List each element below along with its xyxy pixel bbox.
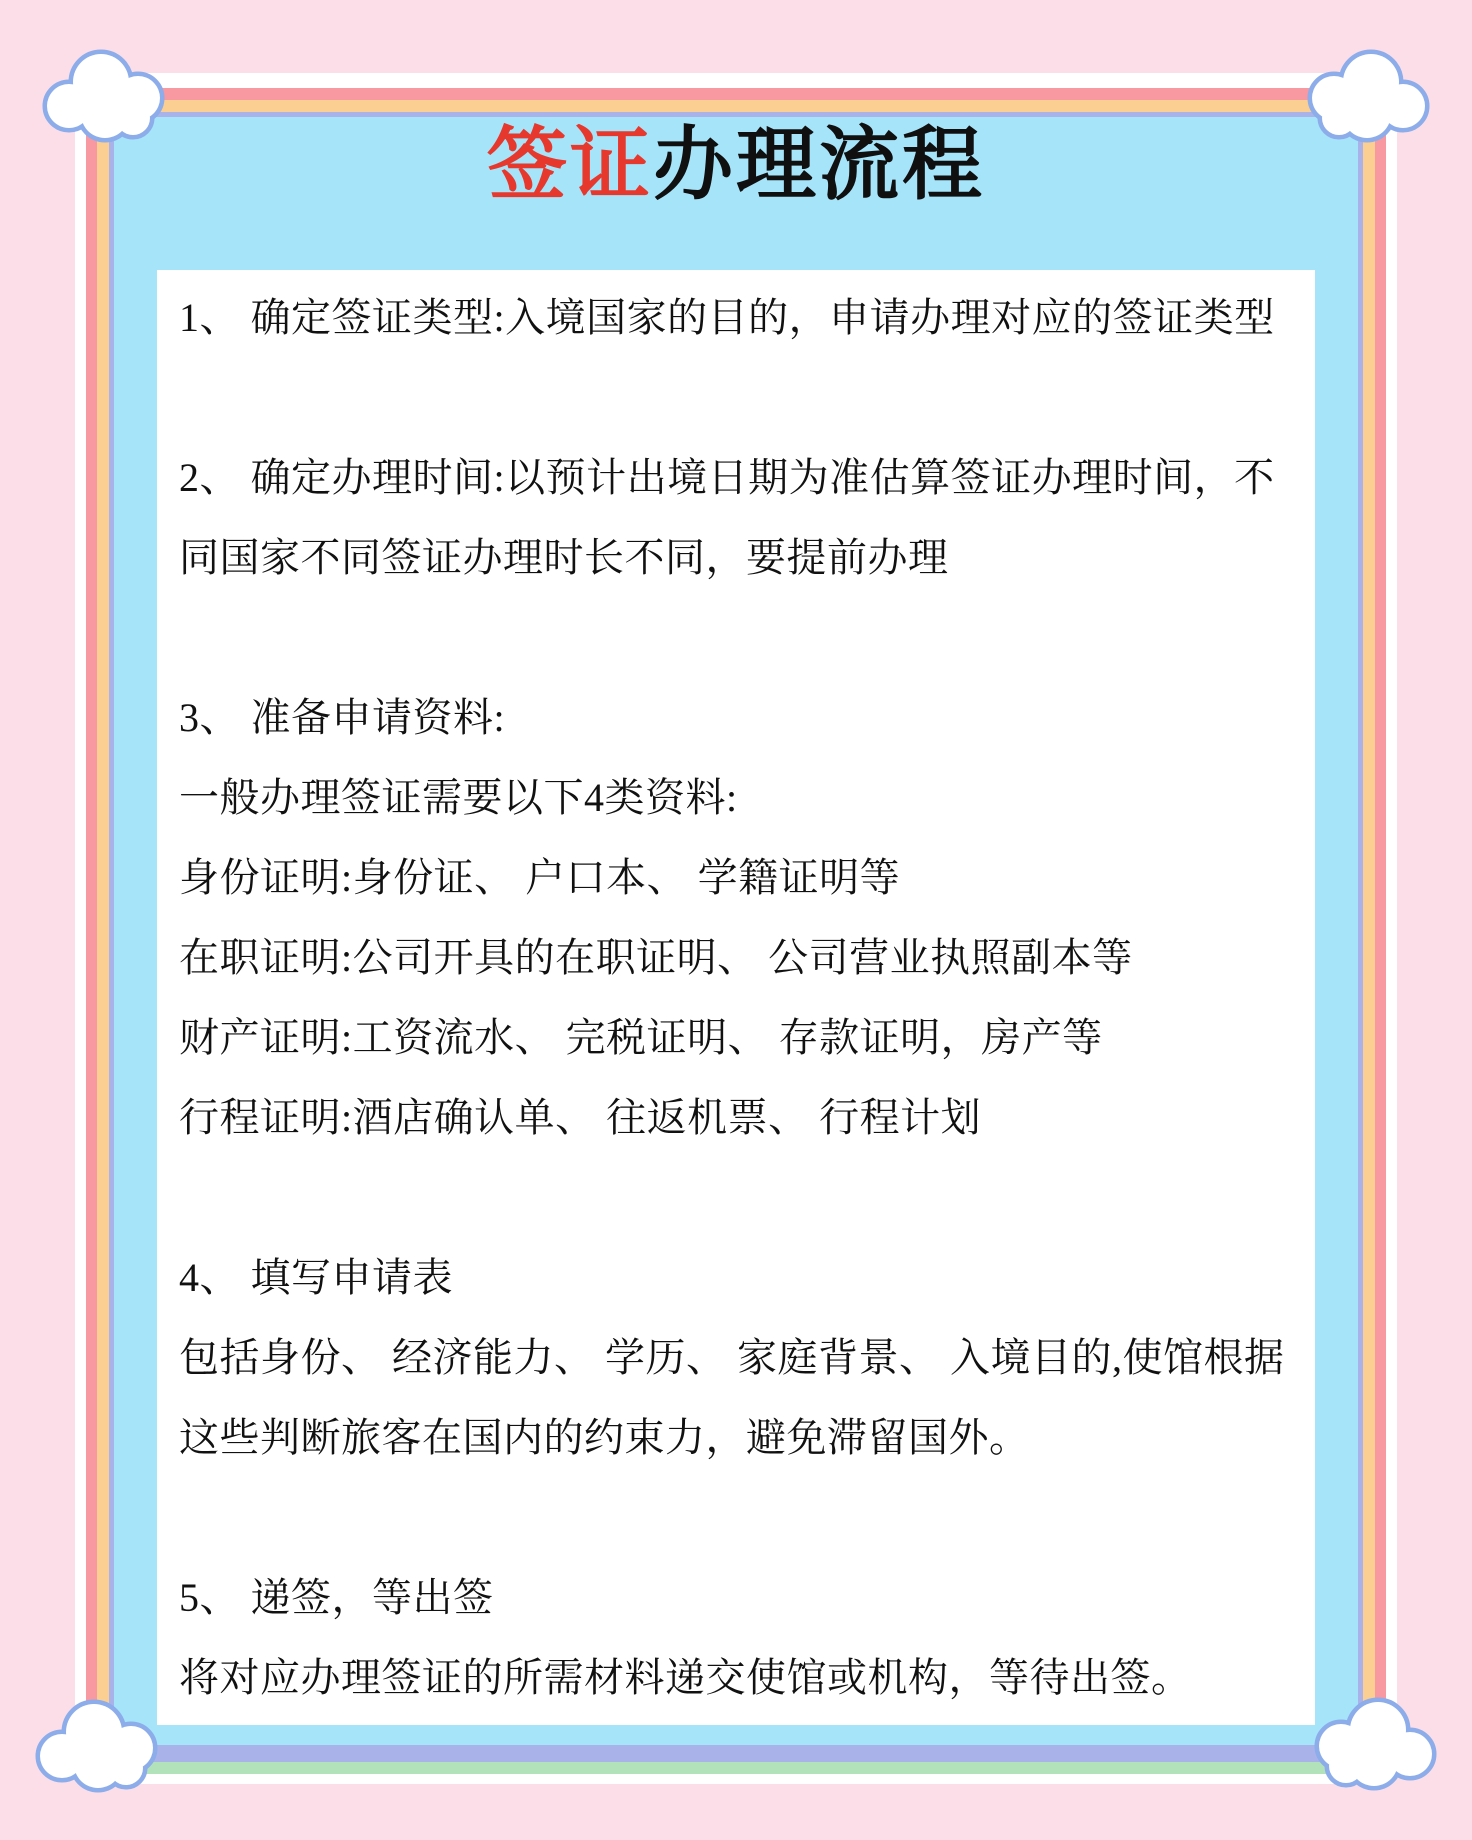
content-line: 4、 填写申请表 [179, 1238, 1293, 1318]
content-line: 5、 递签，等出签 [179, 1558, 1293, 1638]
content-line: 身份证明:身份证、 户口本、 学籍证明等 [179, 838, 1293, 918]
content-line: 财产证明:工资流水、 完税证明、 存款证明，房产等 [179, 998, 1293, 1078]
title-rest: 办理流程 [653, 118, 985, 211]
content-line: 在职证明:公司开具的在职证明、 公司营业执照副本等 [179, 918, 1293, 998]
section-materials: 3、 准备申请资料: 一般办理签证需要以下4类资料: 身份证明:身份证、 户口本… [179, 678, 1293, 1158]
page-background: 签证办理流程 1、 确定签证类型:入境国家的目的，申请办理对应的签证类型 2、 … [0, 0, 1472, 1840]
content-line: 将对应办理签证的所需材料递交使馆或机构，等待出签。 [179, 1638, 1293, 1718]
cloud-icon [1294, 1690, 1444, 1802]
cloud-icon [28, 1692, 178, 1804]
content-line: 3、 准备申请资料: [179, 678, 1293, 758]
section-visa-type: 1、 确定签证类型:入境国家的目的，申请办理对应的签证类型 [179, 278, 1293, 358]
section-processing-time: 2、 确定办理时间:以预计出境日期为准估算签证办理时间，不 同国家不同签证办理时… [179, 438, 1293, 598]
page-title: 签证办理流程 [0, 105, 1472, 225]
content-line: 包括身份、 经济能力、 学历、 家庭背景、 入境目的,使馆根据 [179, 1318, 1293, 1398]
content-line: 行程证明:酒店确认单、 往返机票、 行程计划 [179, 1078, 1293, 1158]
content-card: 1、 确定签证类型:入境国家的目的，申请办理对应的签证类型 2、 确定办理时间:… [157, 270, 1315, 1725]
title-highlight: 签证 [487, 118, 653, 211]
content-line: 2、 确定办理时间:以预计出境日期为准估算签证办理时间，不 [179, 438, 1293, 518]
content-line: 一般办理签证需要以下4类资料: [179, 758, 1293, 838]
content-line: 这些判断旅客在国内的约束力，避免滞留国外。 [179, 1398, 1293, 1478]
cloud-icon [35, 42, 185, 154]
cloud-icon [1287, 42, 1437, 154]
content-line: 同国家不同签证办理时长不同，要提前办理 [179, 518, 1293, 598]
section-application-form: 4、 填写申请表 包括身份、 经济能力、 学历、 家庭背景、 入境目的,使馆根据… [179, 1238, 1293, 1478]
content-line: 1、 确定签证类型:入境国家的目的，申请办理对应的签证类型 [179, 278, 1293, 358]
section-submit: 5、 递签，等出签 将对应办理签证的所需材料递交使馆或机构，等待出签。 [179, 1558, 1293, 1718]
